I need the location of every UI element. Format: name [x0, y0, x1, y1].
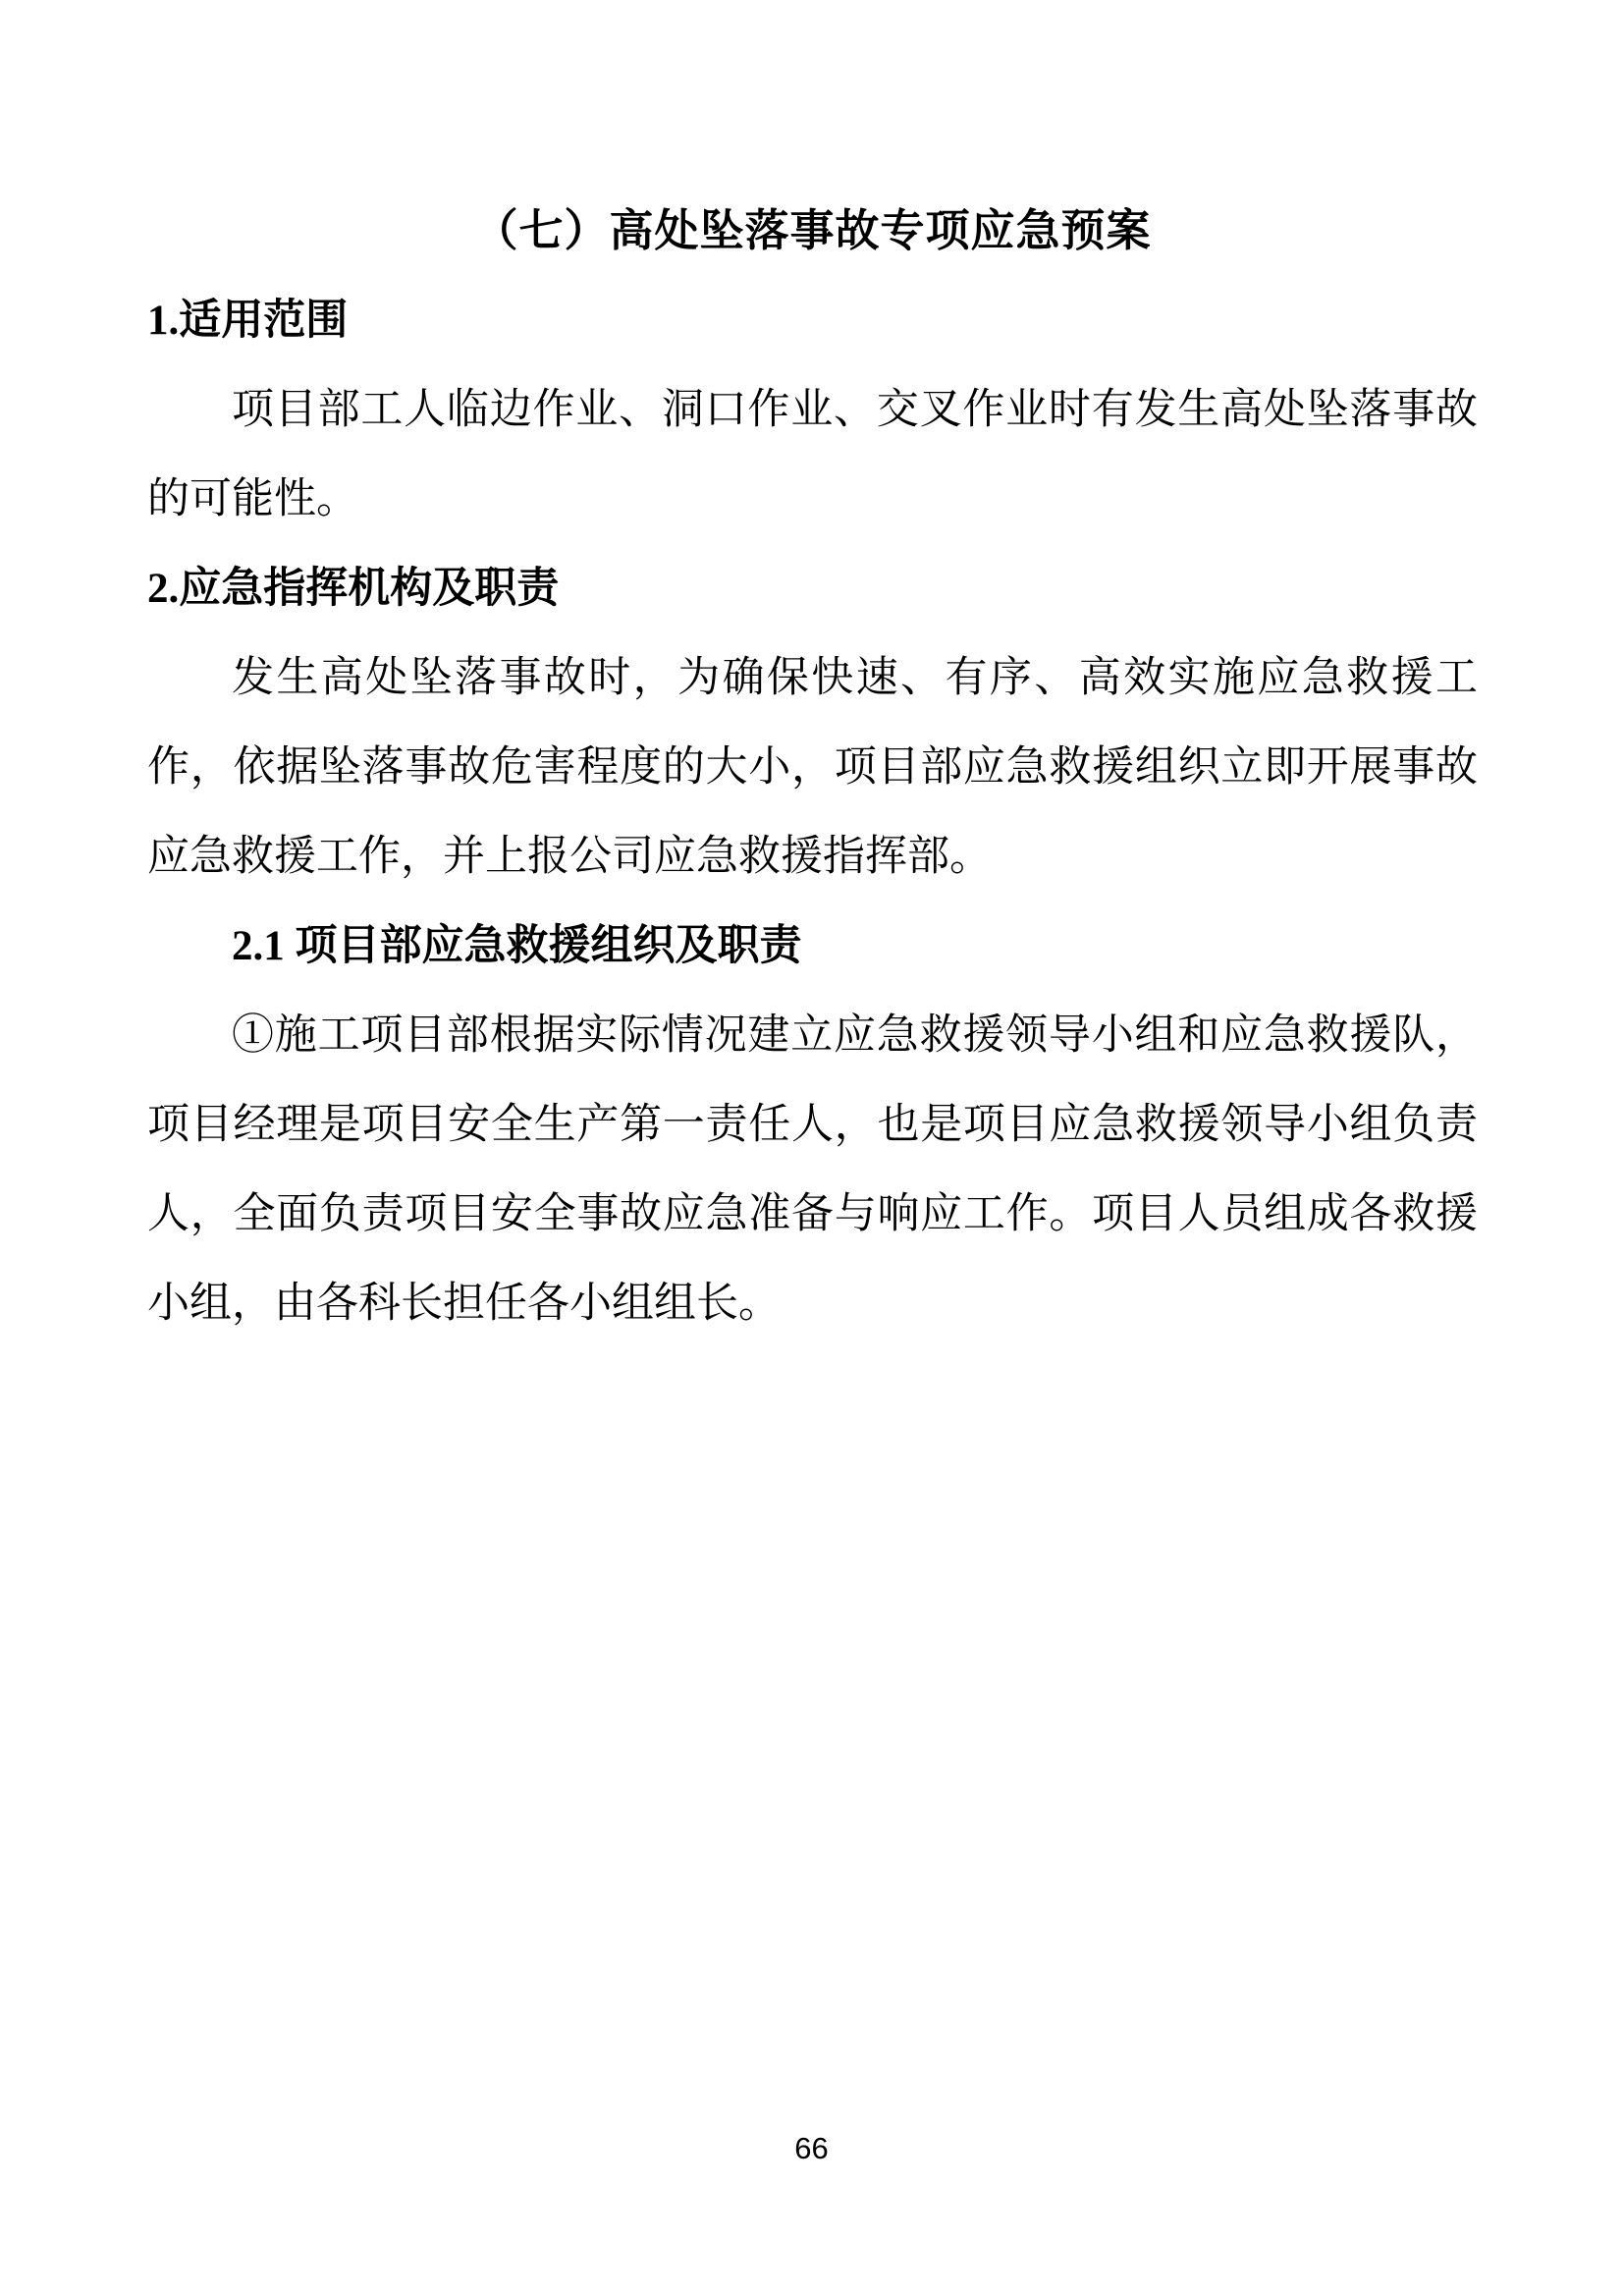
document-content: （七）高处坠落事故专项应急预案 1.适用范围 项目部工人临边作业、洞口作业、交叉… [0, 0, 1623, 1348]
section-paragraph-2: 发生高处坠落事故时，为确保快速、有序、高效实施应急救援工作，依据坠落事故危害程度… [147, 633, 1478, 902]
section-paragraph-3: ①施工项目部根据实际情况建立应急救援领导小组和应急救援队，项目经理是项目安全生产… [147, 991, 1478, 1348]
section-subheading-2-1: 2.1 项目部应急救援组织及职责 [147, 902, 1478, 991]
document-title: （七）高处坠落事故专项应急预案 [147, 187, 1478, 276]
section-heading-2: 2.应急指挥机构及职责 [147, 544, 1478, 633]
page-number: 66 [0, 2129, 1623, 2168]
document-page: （七）高处坠落事故专项应急预案 1.适用范围 项目部工人临边作业、洞口作业、交叉… [0, 0, 1623, 2296]
section-heading-1: 1.适用范围 [147, 276, 1478, 365]
section-paragraph-1: 项目部工人临边作业、洞口作业、交叉作业时有发生高处坠落事故的可能性。 [147, 365, 1478, 544]
